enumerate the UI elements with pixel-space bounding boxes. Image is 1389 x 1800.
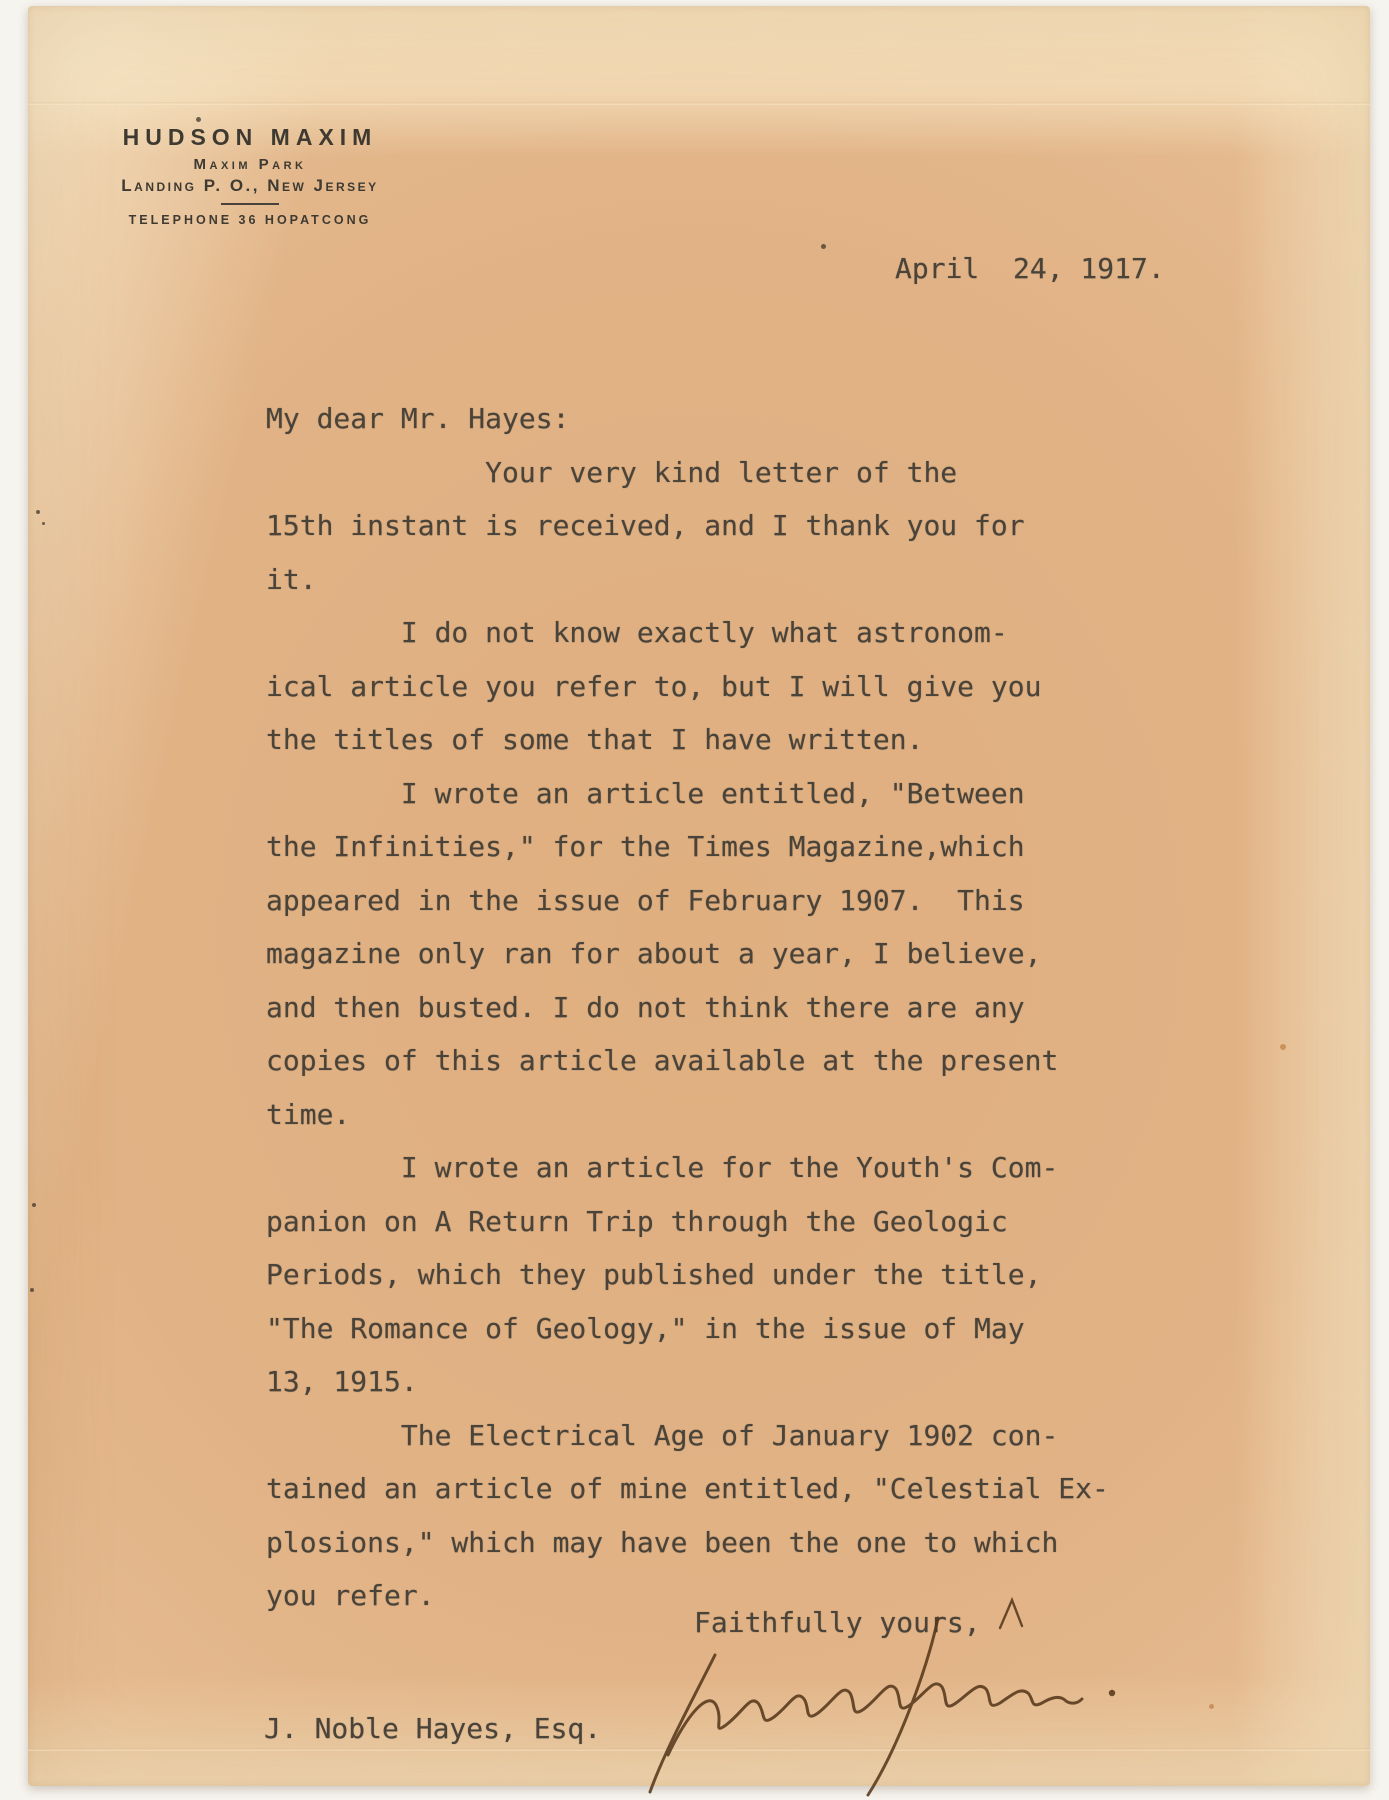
body-line: time. bbox=[266, 1088, 1109, 1142]
rust-speck bbox=[1280, 1044, 1286, 1050]
body-line: plosions," which may have been the one t… bbox=[266, 1516, 1109, 1570]
body-line: I wrote an article entitled, "Between bbox=[266, 767, 1109, 821]
body-line: "The Romance of Geology," in the issue o… bbox=[266, 1302, 1109, 1356]
body-line: the Infinities," for the Times Magazine,… bbox=[266, 820, 1109, 874]
body-line: 15th instant is received, and I thank yo… bbox=[266, 499, 1109, 553]
body-line: and then busted. I do not think there ar… bbox=[266, 981, 1109, 1035]
body-line: ical article you refer to, but I will gi… bbox=[266, 660, 1109, 714]
letterhead: HUDSON MAXIM Maxim Park Landing P. O., N… bbox=[70, 124, 430, 227]
body-line: 13, 1915. bbox=[266, 1355, 1109, 1409]
letterhead-rule bbox=[221, 203, 279, 205]
body-line: Periods, which they published under the … bbox=[266, 1248, 1109, 1302]
letterhead-address: Landing P. O., New Jersey bbox=[70, 176, 430, 196]
body-line: panion on A Return Trip through the Geol… bbox=[266, 1195, 1109, 1249]
body-line: I do not know exactly what astronom- bbox=[266, 606, 1109, 660]
body-line: The Electrical Age of January 1902 con- bbox=[266, 1409, 1109, 1463]
ink-speck bbox=[196, 117, 201, 122]
recipient-line: J. Noble Hayes, Esq. bbox=[264, 1712, 601, 1745]
body-line: tained an article of mine entitled, "Cel… bbox=[266, 1462, 1109, 1516]
body-line: magazine only ran for about a year, I be… bbox=[266, 927, 1109, 981]
signature-script bbox=[590, 1595, 1150, 1800]
body-line: appeared in the issue of February 1907. … bbox=[266, 874, 1109, 928]
ink-speck bbox=[30, 1288, 34, 1292]
letter-body: My dear Mr. Hayes: Your very kind letter… bbox=[266, 392, 1109, 1623]
ink-speck bbox=[32, 1203, 36, 1207]
fold-crease-top bbox=[28, 102, 1370, 105]
letterhead-phone: Telephone 36 Hopatcong bbox=[70, 213, 430, 227]
body-line: the titles of some that I have written. bbox=[266, 713, 1109, 767]
body-line: I wrote an article for the Youth's Com- bbox=[266, 1141, 1109, 1195]
body-line: Your very kind letter of the bbox=[266, 446, 1109, 500]
salutation: My dear Mr. Hayes: bbox=[266, 392, 1109, 446]
ink-speck bbox=[42, 522, 45, 525]
body-line: copies of this article available at the … bbox=[266, 1034, 1109, 1088]
letterhead-park: Maxim Park bbox=[70, 156, 430, 173]
ink-speck bbox=[821, 244, 826, 249]
letterhead-name: HUDSON MAXIM bbox=[70, 124, 430, 151]
ink-speck bbox=[36, 510, 40, 514]
date-line: April 24, 1917. bbox=[895, 252, 1165, 285]
scanned-letter-page: HUDSON MAXIM Maxim Park Landing P. O., N… bbox=[0, 0, 1389, 1800]
body-line: it. bbox=[266, 553, 1109, 607]
rust-speck bbox=[1209, 1704, 1214, 1709]
